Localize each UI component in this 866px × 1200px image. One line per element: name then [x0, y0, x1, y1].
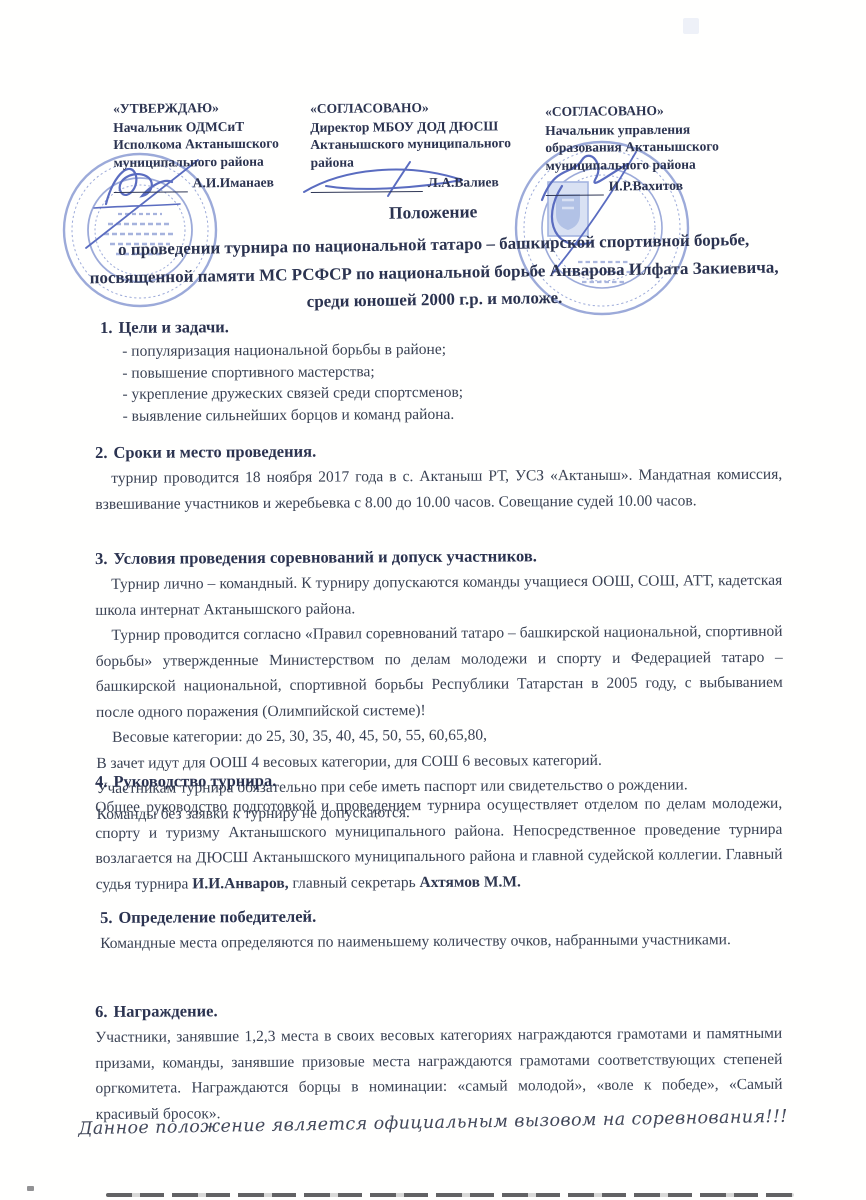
approval-line: района — [310, 151, 548, 171]
paragraph: Турнир лично – командный. К турниру допу… — [95, 568, 782, 623]
goals-list: - популяризация национальной борьбы в ра… — [100, 337, 741, 427]
approval-line: муниципального района — [113, 152, 313, 171]
signer-name: Л.А.Валиев — [428, 173, 499, 191]
scan-artifact-line — [106, 1193, 794, 1197]
document-subtitle: о проведении турнира по национальной тат… — [71, 225, 798, 319]
section-heading: 2.Сроки и место проведения. — [95, 439, 782, 463]
section-2-dates-venue: 2.Сроки и место проведения. турнир прово… — [95, 439, 782, 517]
section-6-awards: 6.Награждение. Участники, занявшие 1,2,3… — [95, 998, 783, 1127]
section-5-winners: 5.Определение победителей. Командные мес… — [100, 904, 787, 957]
section-number: 2. — [95, 443, 107, 462]
section-1-goals: 1.Цели и задачи. - популяризация национа… — [100, 314, 741, 427]
section-number: 5. — [100, 908, 112, 927]
section-number: 1. — [100, 318, 112, 337]
title-block: Положение о проведении турнира по национ… — [60, 196, 808, 319]
document-page: «УТВЕРЖДАЮ» Начальник ОДМСиТ Исполкома А… — [0, 0, 866, 1200]
signature-line — [546, 180, 604, 196]
section-number: 3. — [95, 549, 107, 568]
scan-artifact-speck — [27, 1186, 34, 1191]
approval-title: «СОГЛАСОВАНО» — [310, 98, 548, 118]
signature-line — [114, 177, 188, 193]
section-heading: 3.Условия проведения соревнований и допу… — [95, 545, 782, 569]
paragraph: Командные места определяются по наименьш… — [100, 927, 787, 957]
section-number: 4. — [95, 772, 107, 791]
section-4-management: 4.Руководство турнира. Общее руководство… — [95, 768, 783, 897]
approval-line: Директор МБОУ ДОД ДЮСШ — [310, 116, 548, 136]
approval-block-soglasovano-dyussh: «СОГЛАСОВАНО» Директор МБОУ ДОД ДЮСШ Акт… — [310, 98, 549, 193]
chief-judge-name: И.И.Анваров, — [192, 874, 288, 892]
paragraph: турнир проводится 18 ноября 2017 года в … — [95, 462, 782, 517]
scan-smudge — [683, 18, 699, 34]
signer-name: И.Р.Вахитов — [609, 177, 683, 195]
approval-line: Исполкома Актанышского — [113, 134, 313, 153]
section-heading: 1.Цели и задачи. — [100, 314, 740, 338]
approval-title: «СОГЛАСОВАНО» — [545, 101, 783, 121]
section-heading: 5.Определение победителей. — [100, 904, 787, 928]
list-item: - выявление сильнейших борцов и команд р… — [123, 402, 741, 427]
approval-line: образования Актанышского — [545, 137, 783, 157]
chief-secretary-name: Ахтямов М.М. — [419, 873, 520, 891]
section-number: 6. — [95, 1002, 107, 1021]
approval-line: Начальник ОДМСиТ — [113, 117, 313, 136]
section-heading: 4.Руководство турнира. — [95, 768, 782, 792]
approval-block-utverzhdayu: «УТВЕРЖДАЮ» Начальник ОДМСиТ Исполкома А… — [113, 98, 314, 192]
paragraph: Общее руководство подготовкой и проведен… — [95, 791, 783, 897]
approval-block-soglasovano-upravlenie: «СОГЛАСОВАНО» Начальник управления образ… — [545, 101, 784, 196]
approval-line: Актанышского муниципального — [310, 134, 548, 154]
signature-line — [311, 177, 423, 193]
approval-title: «УТВЕРЖДАЮ» — [113, 98, 313, 117]
section-heading: 6.Награждение. — [95, 998, 782, 1022]
approval-line: Начальник управления — [545, 119, 783, 139]
paragraph: Турнир проводится согласно «Правил сорев… — [95, 619, 783, 725]
signer-name: А.И.Иманаев — [193, 174, 274, 192]
approval-line: муниципального района — [545, 154, 783, 174]
